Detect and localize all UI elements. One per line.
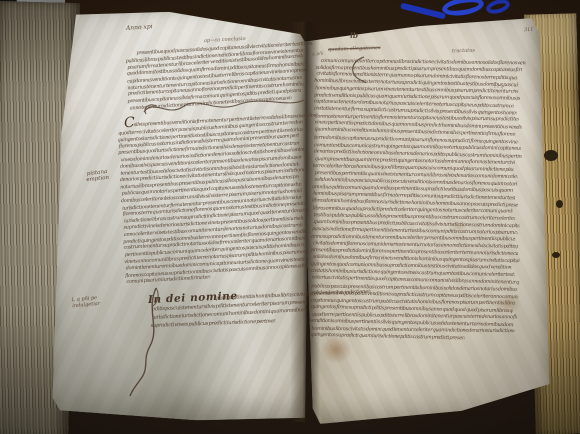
- folio-number: 311: [524, 27, 534, 33]
- scissors-shaft: [400, 3, 446, 20]
- left-margin-gloss-2: L q pñi pe indulgetiar: [72, 295, 101, 309]
- fore-edge-dark-spot: [544, 150, 558, 161]
- right-page-text-block: comuni comuni celeriter capitaneus libra…: [309, 57, 522, 343]
- manuscript-photo: Anno xpi ap~ca conclusio presentibus quo…: [0, 0, 580, 434]
- scissors-handle-loop: [441, 0, 485, 18]
- scissors-handle-loop: [485, 0, 512, 16]
- left-page-paragraph-3: quam pertinentiis hominibus libras civit…: [149, 291, 306, 331]
- fore-edge-dark-spot: [552, 252, 560, 258]
- right-page-header-monogram: lb: [350, 33, 358, 39]
- left-margin-gloss-1: pistana emption: [85, 169, 109, 183]
- right-page-header-right-note: tractatus: [452, 48, 475, 55]
- left-page-paragraph-2: silvis presentibus venditionis firma ten…: [117, 113, 312, 286]
- fore-edge-dark-spot: [556, 200, 563, 208]
